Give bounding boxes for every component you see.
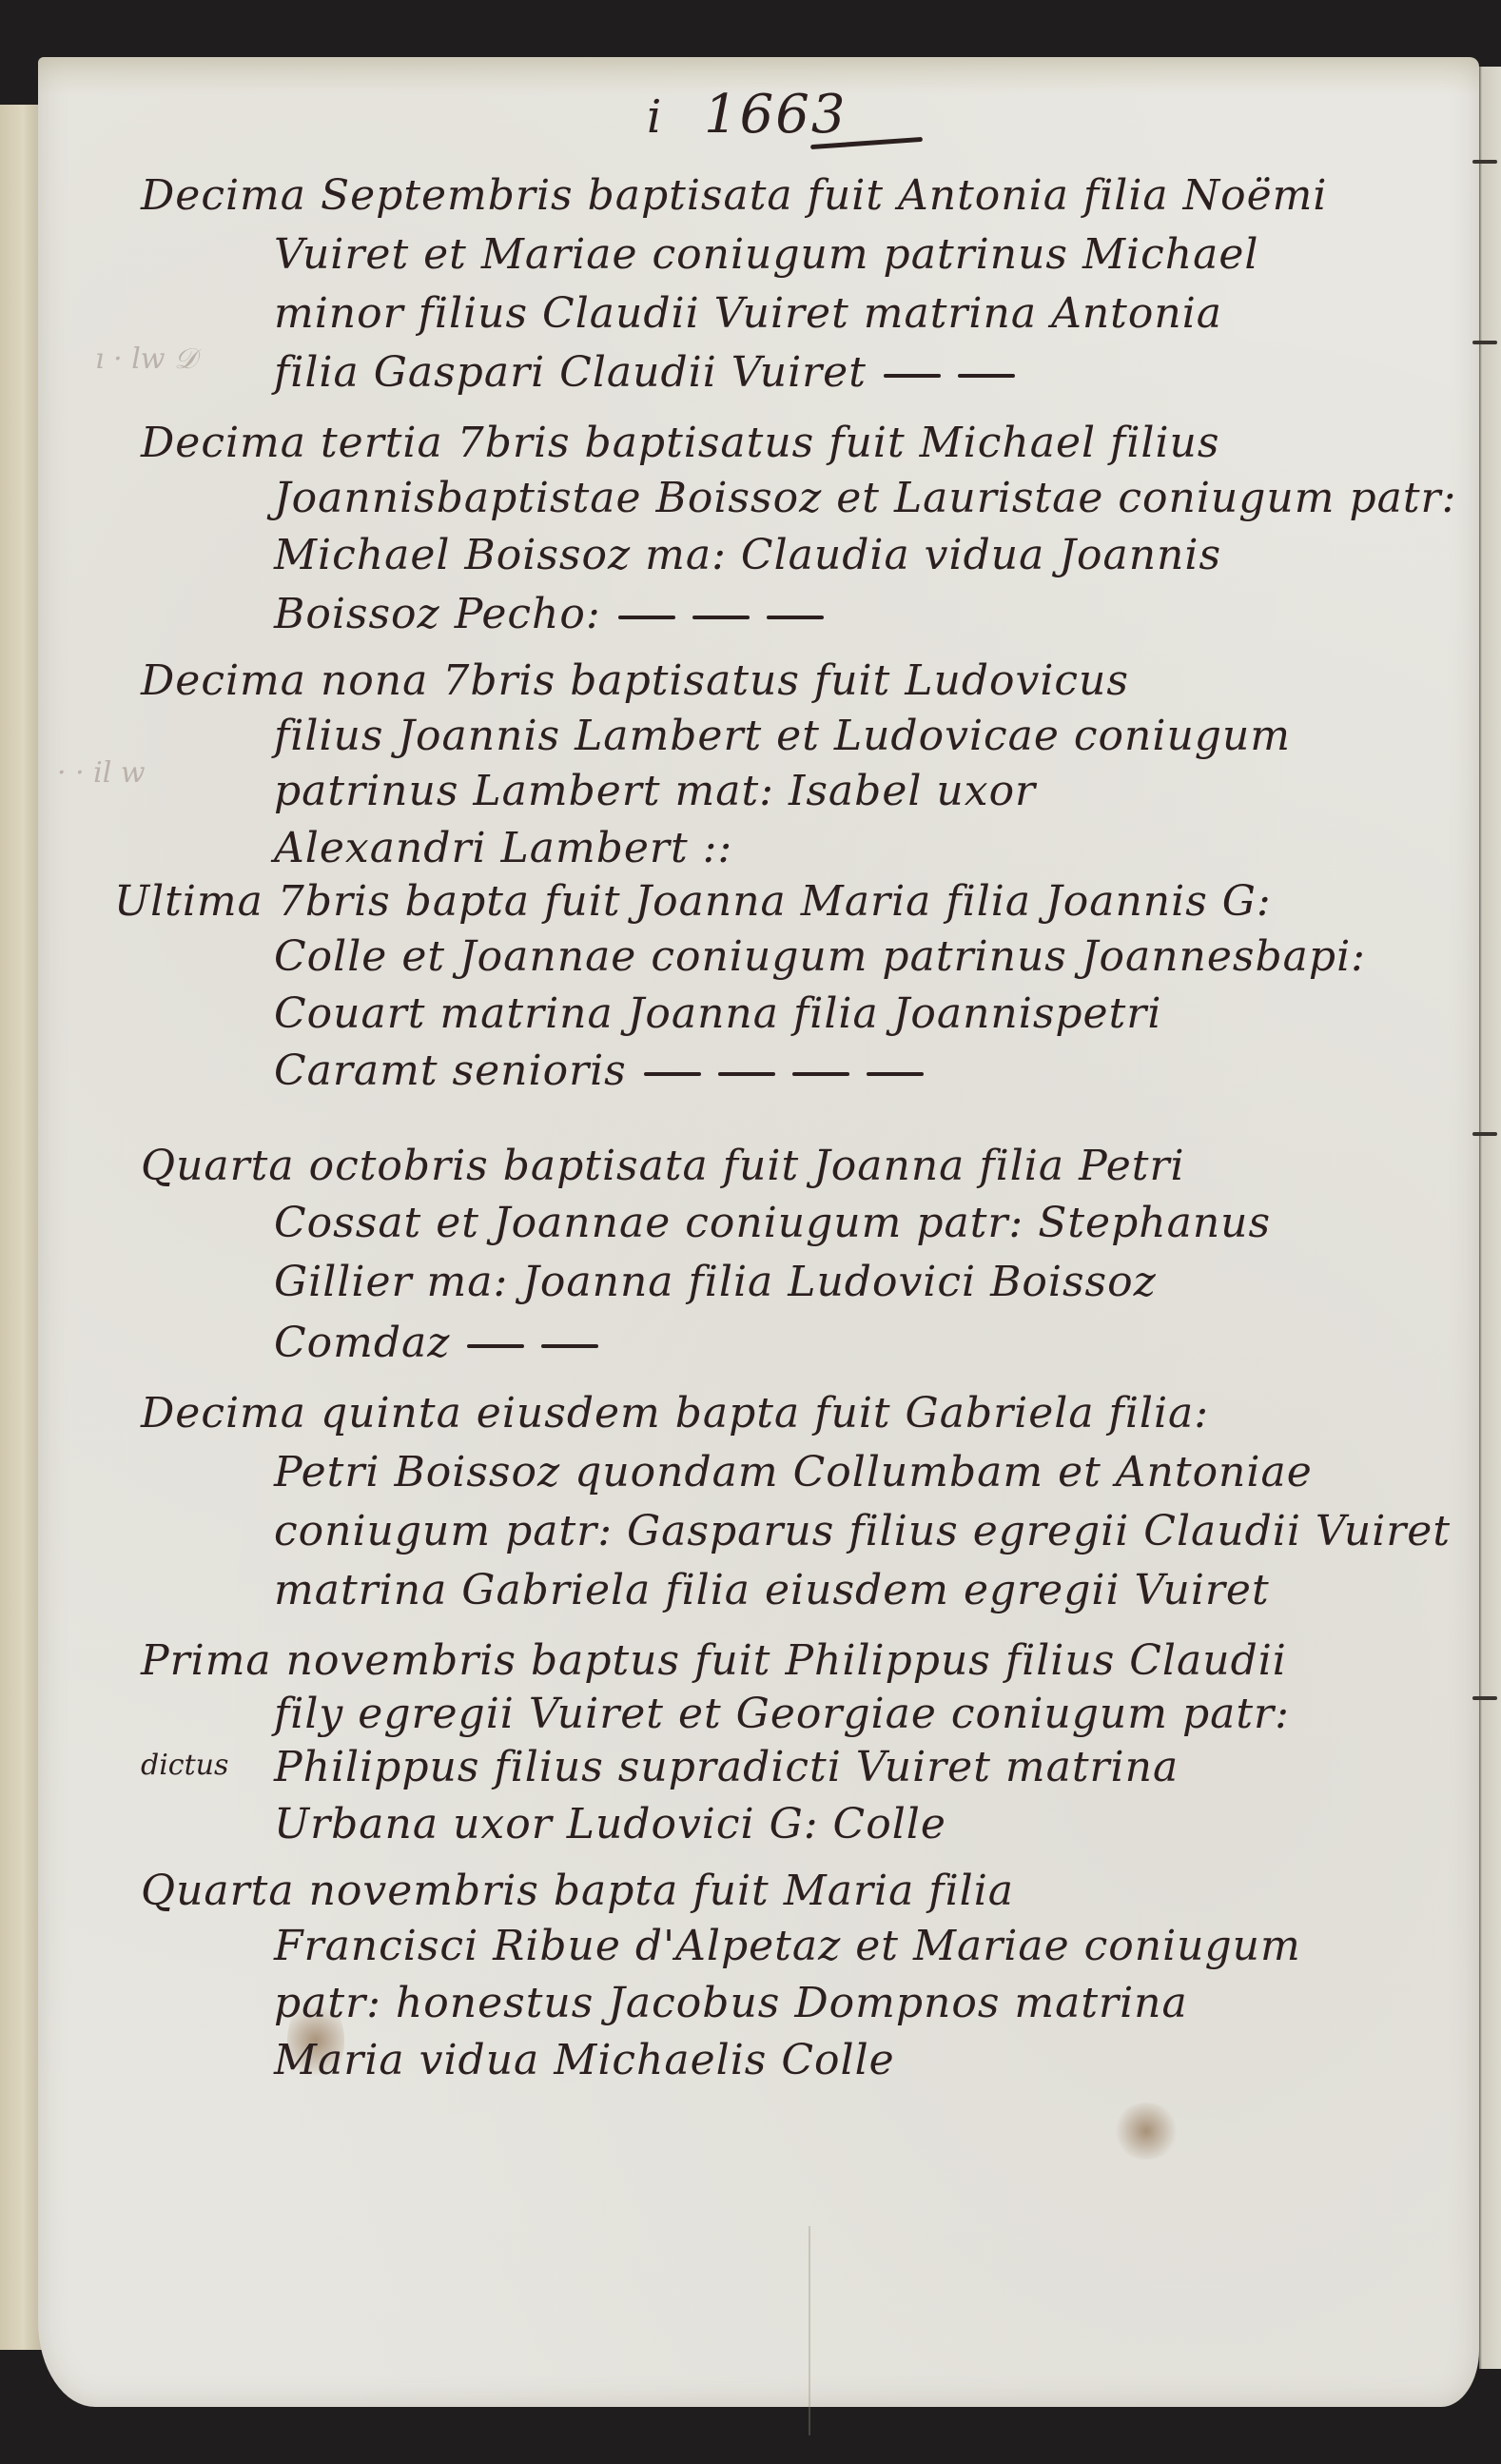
entry-line: Colle et Joannae coniugum patrinus Joann… xyxy=(274,932,1366,981)
line-filler-dash xyxy=(767,616,824,619)
entry-line: Decima Septembris baptisata fuit Antonia… xyxy=(141,171,1327,220)
entry-line: Michael Boissoz ma: Claudia vidua Joanni… xyxy=(274,531,1221,579)
entry-line-text: Caramt senioris xyxy=(274,1046,627,1095)
line-filler-dash xyxy=(718,1072,775,1076)
entry-line: Cossat et Joannae coniugum patr: Stephan… xyxy=(274,1199,1271,1247)
line-filler-dash xyxy=(884,374,941,378)
binding-stitch xyxy=(1472,341,1497,344)
entry-line-text: Comdaz xyxy=(274,1319,450,1367)
entry-line: Decima nona 7bris baptisatus fuit Ludovi… xyxy=(141,656,1129,705)
entry-line: Couart matrina Joanna filia Joannispetri xyxy=(274,989,1161,1038)
entry-line: Francisci Ribue d'Alpetaz et Mariae coni… xyxy=(274,1922,1301,1970)
entry-line: Joannisbaptistae Boissoz et Lauristae co… xyxy=(274,474,1456,522)
line-filler-dash xyxy=(644,1072,701,1076)
entry-line: Prima novembris baptus fuit Philippus fi… xyxy=(141,1636,1287,1685)
entry-line: fily egregii Vuiret et Georgiae coniugum… xyxy=(274,1690,1290,1738)
bleed-through-mark: · · il w xyxy=(57,756,146,790)
line-filler-dash xyxy=(618,616,675,619)
entry-line: Caramt senioris xyxy=(274,1046,924,1095)
binding-stitch xyxy=(1472,1696,1497,1700)
line-filler-dash xyxy=(692,616,750,619)
entry-line: matrina Gabriela filia eiusdem egregii V… xyxy=(274,1566,1270,1614)
entry-line: Quarta octobris baptisata fuit Joanna fi… xyxy=(141,1142,1185,1190)
entry-line-text: filia Gaspari Claudii Vuiret xyxy=(274,348,867,397)
entry-line: Petri Boissoz quondam Collumbam et Anton… xyxy=(274,1448,1313,1496)
entry-line: Philippus filius supradicti Vuiret matri… xyxy=(274,1743,1179,1791)
line-filler-dash xyxy=(541,1344,598,1348)
bleed-through-mark: ı · lw 𝒟 xyxy=(95,342,197,376)
entry-line: filia Gaspari Claudii Vuiret xyxy=(274,348,1015,397)
ink-stain xyxy=(1113,2102,1179,2160)
entry-line: coniugum patr: Gasparus filius egregii C… xyxy=(274,1507,1451,1555)
entry-line: Gillier ma: Joanna filia Ludovici Boisso… xyxy=(274,1258,1157,1306)
entry-line: Urbana uxor Ludovici G: Colle xyxy=(274,1800,946,1848)
line-filler-dash xyxy=(867,1072,924,1076)
entry-line: patrinus Lambert mat: Isabel uxor xyxy=(274,767,1036,815)
binding-stitch xyxy=(1472,160,1497,164)
header-mark: i xyxy=(647,90,661,144)
line-filler-dash xyxy=(467,1344,524,1348)
entry-line: Decima tertia 7bris baptisatus fuit Mich… xyxy=(141,419,1219,467)
adjacent-sheet-edge xyxy=(1479,67,1501,2369)
entry-line: Maria vidua Michaelis Colle xyxy=(274,2036,895,2084)
line-filler-dash xyxy=(958,374,1015,378)
entry-line: Alexandri Lambert :: xyxy=(274,824,732,872)
entry-line-text: Boissoz Pecho: xyxy=(274,590,601,638)
entry-line: Quarta novembris bapta fuit Maria filia xyxy=(141,1867,1014,1915)
paper-fold-line xyxy=(809,2226,810,2435)
entry-line: minor filius Claudii Vuiret matrina Anto… xyxy=(274,289,1222,338)
entry-line: filius Joannis Lambert et Ludovicae coni… xyxy=(274,712,1291,760)
entry-line: Boissoz Pecho: xyxy=(274,590,824,638)
binding-stitch xyxy=(1472,1132,1497,1136)
line-filler-dash xyxy=(792,1072,849,1076)
entry-line: Decima quinta eiusdem bapta fuit Gabriel… xyxy=(141,1389,1209,1437)
entry-line: Comdaz xyxy=(274,1319,598,1367)
margin-note: dictus xyxy=(141,1749,228,1782)
entry-line: Ultima 7bris bapta fuit Joanna Maria fil… xyxy=(114,877,1272,926)
entry-line: Vuiret et Mariae coniugum patrinus Micha… xyxy=(274,230,1258,279)
manuscript-page: ı · lw 𝒟 · · il w i 1663 Decima Septembr… xyxy=(38,57,1479,2407)
page-year: 1663 xyxy=(704,84,848,146)
entry-line: patr: honestus Jacobus Dompnos matrina xyxy=(274,1979,1188,2027)
